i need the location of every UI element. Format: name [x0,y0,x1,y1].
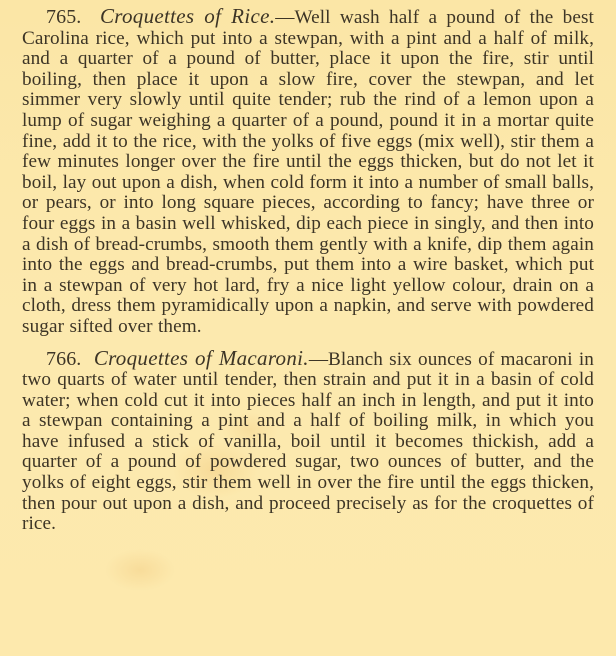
recipe-766: 766. Croquettes of Macaroni.—Blanch six … [22,348,594,535]
recipe-title: Croquettes of Rice. [100,4,275,28]
recipe-765: 765. Croquettes of Rice.—Well wash half … [22,6,594,338]
title-separator: — [275,7,294,28]
recipe-number: 765. [46,6,81,28]
recipe-title: Croquettes of Macaroni. [94,346,309,370]
recipe-body: Blanch six ounces of macaroni in two qua… [22,349,594,535]
recipe-number: 766. [46,348,81,370]
book-page: 765. Croquettes of Rice.—Well wash half … [22,6,594,535]
title-separator: — [309,349,328,370]
recipe-body: Well wash half a pound of the best Carol… [22,7,594,337]
